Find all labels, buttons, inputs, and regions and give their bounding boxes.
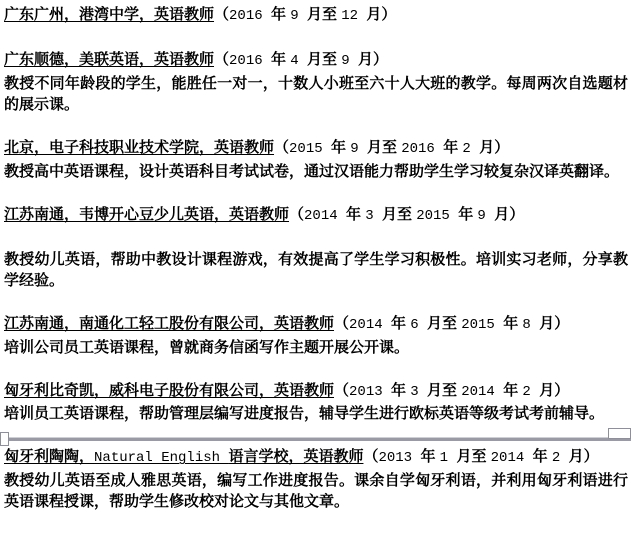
page-break-divider [4,425,628,447]
job-entry-3-description: 教授高中英语课程，设计英语科目考试试卷，通过汉语能力帮助学生学习较复杂汉译英翻译… [4,161,628,183]
blank-line [4,358,628,380]
blank-line [4,116,628,138]
blank-line [4,292,628,314]
job-entry-1-heading: 广东广州，港湾中学，英语教师（2016 年 9 月至 12 月） [4,4,628,28]
job-entry-6-description: 培训员工英语课程，帮助管理层编写进度报告，辅导学生进行欧标英语等级考试考前辅导。 [4,403,628,425]
blank-line [4,227,628,249]
page-corner-mark-left [0,432,9,446]
job-entry-1-period: （2016 年 9 月至 12 月） [214,6,396,23]
job-entry-1-title: 广东广州，港湾中学，英语教师 [4,6,214,23]
job-entry-3-period: （2015 年 9 月至 2016 年 2 月） [274,139,509,156]
page-corner-mark-right [608,428,631,439]
job-entry-7-period: （2013 年 1 月至 2014 年 2 月） [363,448,598,465]
job-entry-3-title: 北京，电子科技职业技术学院，英语教师 [4,139,274,156]
job-entry-6-heading: 匈牙利比奇凯，威科电子股份有限公司，英语教师（2013 年 3 月至 2014 … [4,380,628,404]
job-entry-7-heading: 匈牙利陶陶，Natural English 语言学校，英语教师（2013 年 1… [4,446,628,470]
page-break-line [0,437,631,441]
job-entry-4-description: 教授幼儿英语，帮助中教设计课程游戏，有效提高了学生学习积极性。培训实习老师，分享… [4,249,628,292]
job-entry-5-heading: 江苏南通，南通化工轻工股份有限公司，英语教师（2014 年 6 月至 2015 … [4,313,628,337]
job-entry-5-title: 江苏南通，南通化工轻工股份有限公司，英语教师 [4,315,334,332]
job-entry-4-period: （2014 年 3 月至 2015 年 9 月） [289,206,524,223]
blank-line [4,28,628,50]
job-entry-3-heading: 北京，电子科技职业技术学院，英语教师（2015 年 9 月至 2016 年 2 … [4,137,628,161]
job-entry-5-period: （2014 年 6 月至 2015 年 8 月） [334,315,569,332]
job-entry-2-description: 教授不同年龄段的学生，能胜任一对一，十数人小班至六十人大班的教学。每周两次自选题… [4,73,628,116]
blank-line [4,182,628,204]
job-entry-7-description: 教授幼儿英语至成人雅思英语，编写工作进度报告。课余自学匈牙利语，并利用匈牙利语进… [4,470,628,513]
job-entry-2-title: 广东顺德，美联英语，英语教师 [4,51,214,68]
job-entry-2-heading: 广东顺德，美联英语，英语教师（2016 年 4 月至 9 月） [4,49,628,73]
job-entry-2-period: （2016 年 4 月至 9 月） [214,51,388,68]
job-entry-6-period: （2013 年 3 月至 2014 年 2 月） [334,382,569,399]
job-entry-4-heading: 江苏南通，韦博开心豆少儿英语，英语教师（2014 年 3 月至 2015 年 9… [4,204,628,228]
job-entry-6-title: 匈牙利比奇凯，威科电子股份有限公司，英语教师 [4,382,334,399]
document-text-area[interactable]: 广东广州，港湾中学，英语教师（2016 年 9 月至 12 月） 广东顺德，美联… [0,0,631,542]
job-entry-4-title: 江苏南通，韦博开心豆少儿英语，英语教师 [4,206,289,223]
job-entry-7-title: 匈牙利陶陶，Natural English 语言学校，英语教师 [4,448,363,465]
job-entry-5-description: 培训公司员工英语课程，曾就商务信函写作主题开展公开课。 [4,337,628,359]
